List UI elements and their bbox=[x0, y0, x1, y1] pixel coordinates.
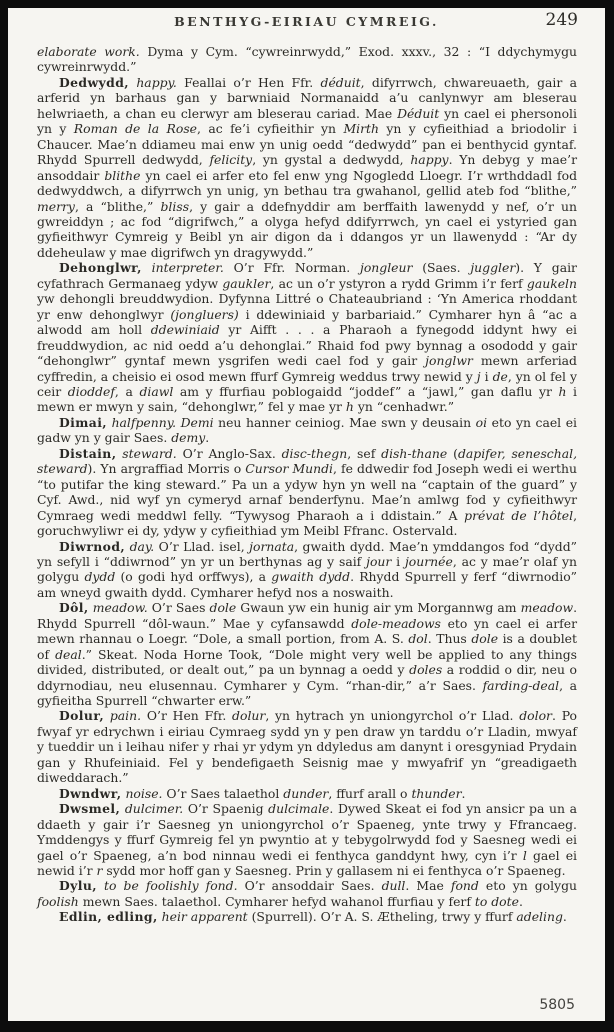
entry-text: ). Yn argraffiad Morris o bbox=[88, 461, 246, 476]
entry-italic-term: bliss bbox=[160, 199, 189, 214]
entry-italic-term: farding-deal bbox=[483, 678, 560, 693]
entry-italic-term: dole-meadows bbox=[351, 616, 441, 631]
entry-text: O’r Saes talaethol bbox=[162, 786, 283, 801]
entry-italic-term: jongleur bbox=[360, 260, 412, 275]
scanned-book-page: BENTHYG-EIRIAU CYMREIG. 249 elaborate wo… bbox=[8, 8, 605, 1021]
entry-text: , sef bbox=[347, 446, 381, 461]
page-number: 249 bbox=[546, 10, 578, 30]
entry-text: O’r Saes bbox=[148, 600, 210, 615]
entry-paragraph: Dwndwr, noise. O’r Saes talaethol dunder… bbox=[37, 786, 577, 801]
entry-italic-term: dulcimale bbox=[268, 801, 329, 816]
entry-italic-term: dydd bbox=[84, 569, 115, 584]
entry-text: O’r Llad. isel, bbox=[154, 539, 249, 554]
entry-text: Gwaun yw ein hunig air ym Morgannwg am bbox=[236, 600, 520, 615]
entry-text: (Spurrell). O’r A. S. Ætheling, trwy y f… bbox=[248, 909, 517, 924]
entry-headword: Dedwydd, bbox=[59, 75, 129, 90]
entry-italic-term: happy bbox=[410, 152, 448, 167]
entry-text: Feallai o’r Hen Ffr. bbox=[177, 75, 321, 90]
entry-headword: Dôl, bbox=[59, 600, 89, 615]
entry-text: . bbox=[519, 894, 523, 909]
entry-text: , ffurf arall o bbox=[328, 786, 411, 801]
entry-paragraph: Dôl, meadow. O’r Saes dole Gwaun yw ein … bbox=[37, 600, 577, 708]
entry-italic-term: Demi bbox=[181, 415, 214, 430]
entry-text: ( bbox=[447, 446, 458, 461]
entry-text: eto yn golygu bbox=[479, 878, 577, 893]
entry-headword: Dimai, bbox=[59, 415, 107, 430]
entry-text: , yn gystal a dedwydd, bbox=[252, 152, 410, 167]
entry-italic-term: déduit bbox=[321, 75, 361, 90]
entry-headword: Dolur, bbox=[59, 708, 104, 723]
entry-italic-term: Déduit bbox=[397, 106, 439, 121]
entry-italic-term: h bbox=[346, 399, 354, 414]
entry-italic-term: steward. bbox=[116, 446, 176, 461]
entry-text: , ac un o’r ystyron a rydd Grimm i’r fer… bbox=[270, 276, 527, 291]
entry-text: yn “cenhadwr.” bbox=[354, 399, 454, 414]
entry-text: O’r Ffr. Norman. bbox=[224, 260, 360, 275]
entry-italic-term: thunder bbox=[411, 786, 461, 801]
entry-italic-term: pain. bbox=[104, 708, 141, 723]
entry-text: i bbox=[391, 554, 405, 569]
entry-italic-term: adeling bbox=[516, 909, 563, 924]
entry-headword: Edlin, edling, bbox=[59, 909, 158, 924]
entry-italic-term: fond bbox=[451, 878, 479, 893]
entry-text: sydd mor hoff gan y Saesneg. Prin y gall… bbox=[102, 863, 565, 878]
entry-paragraph: Dedwydd, happy. Feallai o’r Hen Ffr. déd… bbox=[37, 75, 577, 260]
entry-italic-term: dole bbox=[210, 600, 237, 615]
entry-text: . bbox=[563, 909, 567, 924]
entry-italic-term: interpreter. bbox=[142, 260, 224, 275]
entry-italic-term: demy bbox=[171, 430, 205, 445]
entry-headword: Dehonglwr, bbox=[59, 260, 142, 275]
entry-italic-term: oi bbox=[476, 415, 487, 430]
entry-italic-term: meadow bbox=[521, 600, 573, 615]
entry-italic-term: dish-thane bbox=[381, 446, 447, 461]
entry-italic-term: dunder bbox=[283, 786, 328, 801]
entry-paragraph: Dolur, pain. O’r Hen Ffr. dolur, yn hytr… bbox=[37, 708, 577, 785]
entry-text: O’r Anglo-Sax. bbox=[177, 446, 282, 461]
entry-italic-term: ddewiniaid bbox=[151, 322, 220, 337]
entry-headword: Distain, bbox=[59, 446, 116, 461]
entry-italic-term: juggler bbox=[470, 260, 515, 275]
entry-text: neu hanner ceiniog. Mae swn y deusain bbox=[214, 415, 476, 430]
entry-paragraph: Distain, steward. O’r Anglo-Sax. disc-th… bbox=[37, 446, 577, 539]
entry-text: (Saes. bbox=[412, 260, 470, 275]
entry-text: , yn hytrach yn uniongyrchol o’r Llad. bbox=[265, 708, 519, 723]
running-title: BENTHYG-EIRIAU CYMREIG. bbox=[8, 14, 605, 29]
entry-text: O’r Spaenig bbox=[183, 801, 268, 816]
entry-paragraph: Dwsmel, dulcimer. O’r Spaenig dulcimale.… bbox=[37, 801, 577, 878]
entry-italic-term: jour bbox=[366, 554, 391, 569]
entry-italic-term: elaborate work. bbox=[37, 44, 140, 59]
entry-italic-term: diawl bbox=[139, 384, 173, 399]
entry-headword: Dylu, bbox=[59, 878, 97, 893]
entry-italic-term: dole bbox=[471, 631, 498, 646]
entry-italic-term: jonglwr bbox=[425, 353, 473, 368]
entry-text: . bbox=[462, 786, 466, 801]
entry-italic-term: prévat de l’hôtel bbox=[464, 508, 573, 523]
entry-text: , ac fe’i cyfieithir yn bbox=[197, 121, 343, 136]
entry-italic-term: to dote bbox=[475, 894, 519, 909]
entry-italic-term: Mirth bbox=[343, 121, 379, 136]
entry-text: i bbox=[481, 369, 493, 384]
entry-text: (o godi hyd orffwys), a bbox=[115, 569, 271, 584]
entry-italic-term: merry bbox=[37, 199, 75, 214]
entry-italic-term: meadow. bbox=[89, 600, 148, 615]
entry-text: O’r Hen Ffr. bbox=[141, 708, 232, 723]
entry-italic-term: gwaith dydd bbox=[271, 569, 350, 584]
entry-italic-term: foolish bbox=[37, 894, 79, 909]
entry-italic-term: gaukeln bbox=[527, 276, 577, 291]
dictionary-entries: elaborate work. Dyma y Cym. “cywreinrwyd… bbox=[37, 44, 577, 925]
entry-paragraph: Diwrnod, day. O’r Llad. isel, jornata, g… bbox=[37, 539, 577, 601]
entry-italic-term: doles bbox=[409, 662, 442, 677]
entry-italic-term: journée bbox=[405, 554, 453, 569]
entry-text: , a bbox=[115, 384, 140, 399]
entry-text: , a “blithe,” bbox=[75, 199, 161, 214]
entry-italic-term: dolor bbox=[519, 708, 552, 723]
entry-headword: Dwsmel, bbox=[59, 801, 120, 816]
entry-italic-term: heir apparent bbox=[158, 909, 248, 924]
entry-paragraph: Dimai, halfpenny. Demi neu hanner ceinio… bbox=[37, 415, 577, 446]
entry-italic-term: dolur bbox=[232, 708, 265, 723]
entry-text: O’r ansoddair Saes. bbox=[238, 878, 382, 893]
entry-italic-term: disc-thegn bbox=[282, 446, 348, 461]
entry-italic-term: blithe bbox=[104, 168, 140, 183]
entry-text: . bbox=[205, 430, 209, 445]
entry-italic-term: (jongluers) bbox=[170, 307, 238, 322]
entry-italic-term: happy. bbox=[129, 75, 177, 90]
entry-italic-term: halfpenny. bbox=[107, 415, 176, 430]
entry-paragraph: Dehonglwr, interpreter. O’r Ffr. Norman.… bbox=[37, 260, 577, 415]
entry-italic-term: dioddef bbox=[68, 384, 115, 399]
entry-italic-term: Roman de la Rose bbox=[74, 121, 197, 136]
scan-number: 5805 bbox=[539, 997, 575, 1013]
entry-italic-term: jornata bbox=[249, 539, 294, 554]
entry-italic-term: dull bbox=[382, 878, 406, 893]
entry-paragraph: elaborate work. Dyma y Cym. “cywreinrwyd… bbox=[37, 44, 577, 75]
entry-paragraph: Dylu, to be foolishly fond. O’r ansoddai… bbox=[37, 878, 577, 909]
entry-italic-term: gaukler bbox=[222, 276, 270, 291]
entry-text: am y ffurfiau poblogaidd “joddef” a “jaw… bbox=[173, 384, 558, 399]
entry-italic-term: dulcimer. bbox=[120, 801, 183, 816]
entry-text: mewn Saes. talaethol. Cymharer hefyd wah… bbox=[79, 894, 475, 909]
entry-italic-term: deal bbox=[55, 647, 82, 662]
entry-italic-term: to be foolishly fond. bbox=[97, 878, 238, 893]
entry-italic-term: de bbox=[493, 369, 508, 384]
entry-headword: Dwndwr, bbox=[59, 786, 122, 801]
entry-italic-term: day. bbox=[125, 539, 154, 554]
entry-text: . Mae bbox=[405, 878, 450, 893]
entry-italic-term: dol bbox=[408, 631, 427, 646]
entry-headword: Diwrnod, bbox=[59, 539, 125, 554]
entry-italic-term: Cursor Mundi bbox=[245, 461, 333, 476]
entry-paragraph: Edlin, edling, heir apparent (Spurrell).… bbox=[37, 909, 577, 924]
entry-text: . Thus bbox=[428, 631, 472, 646]
entry-italic-term: noise. bbox=[122, 786, 163, 801]
entry-italic-term: felicity bbox=[209, 152, 252, 167]
page-header: BENTHYG-EIRIAU CYMREIG. 249 bbox=[8, 8, 605, 43]
